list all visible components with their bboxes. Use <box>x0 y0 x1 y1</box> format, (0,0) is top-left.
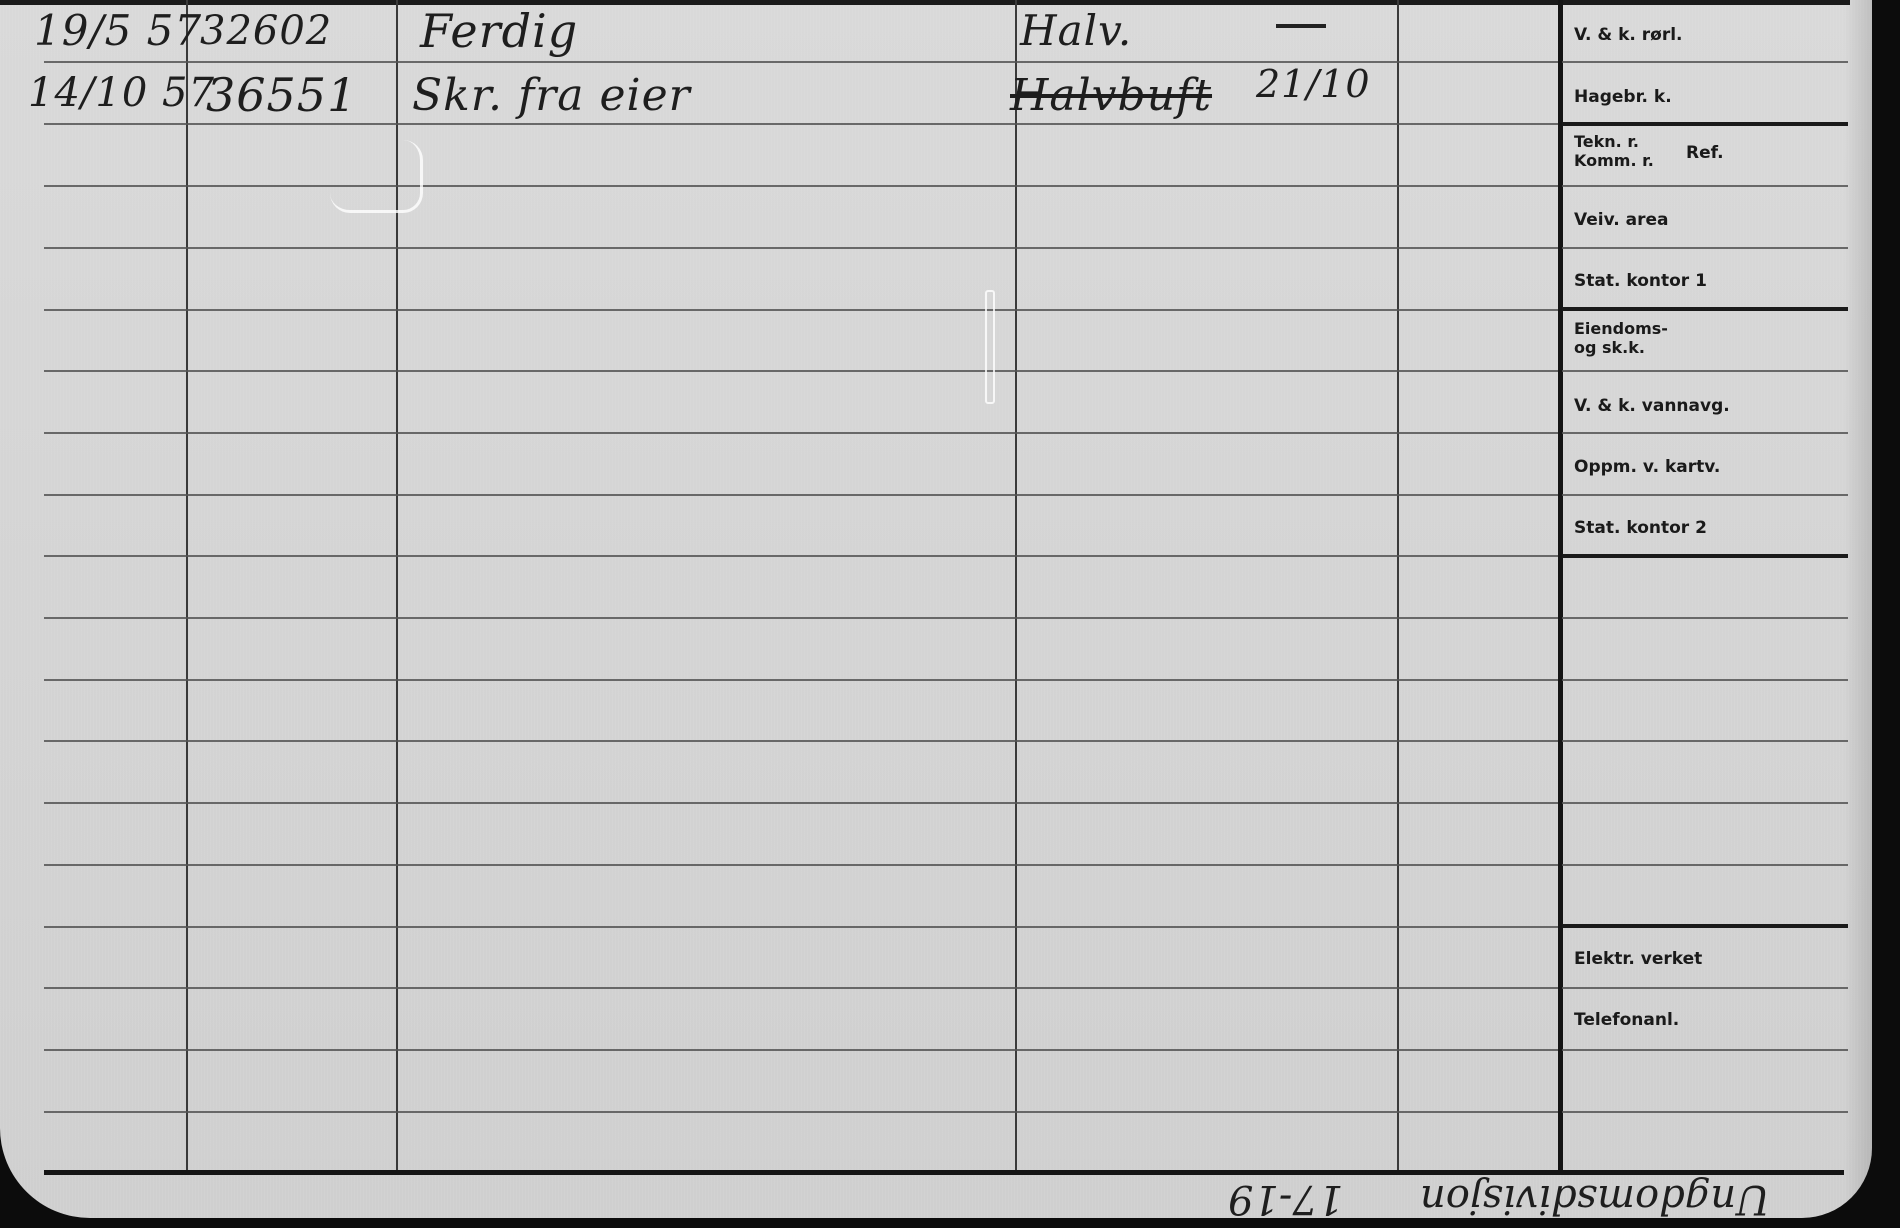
column-rule-4 <box>1397 0 1399 1172</box>
scan-artifact <box>330 140 423 213</box>
entry-status: Halvbuft <box>1010 70 1212 121</box>
label-eiendoms: Eiendoms- <box>1574 320 1668 337</box>
entry-date: 19/5 57 <box>34 6 202 55</box>
label-komm: Komm. r. <box>1574 152 1654 169</box>
label-oppm: Oppm. v. kartv. <box>1574 458 1720 476</box>
bottom-rule <box>44 1170 1844 1175</box>
label-elektr: Elektr. verket <box>1574 950 1702 968</box>
label-tekn: Tekn. r. <box>1574 133 1639 150</box>
entry-date: 14/10 57 <box>28 70 215 116</box>
label-vk-rorl: V. & k. rørl. <box>1574 26 1683 44</box>
footer-upside-down-code: 17-19 <box>1228 1176 1343 1218</box>
column-rule-3 <box>1015 0 1017 1172</box>
footer-upside-down-title: Ungdomsdivisjon <box>1420 1176 1770 1218</box>
label-hagebr: Hagebr. k. <box>1574 88 1672 106</box>
entry-description: Ferdig <box>420 4 578 58</box>
label-stat-kontor-1: Stat. kontor 1 <box>1574 272 1707 290</box>
label-telefon: Telefonanl. <box>1574 1011 1679 1029</box>
entry-number: 32602 <box>200 8 332 54</box>
right-panel-rule <box>1558 0 1563 1172</box>
label-stat-kontor-2: Stat. kontor 2 <box>1574 519 1707 537</box>
label-ref: Ref. <box>1686 143 1724 163</box>
scan-artifact <box>985 290 995 404</box>
entry-extra: 21/10 <box>1256 62 1371 106</box>
entry-status: Halv. <box>1020 6 1132 55</box>
entry-description: Skr. fra eier <box>412 70 691 121</box>
label-vk-vannavg: V. & k. vannavg. <box>1574 397 1730 415</box>
label-og-skk: og sk.k. <box>1574 339 1645 356</box>
column-rule-1 <box>186 0 188 1172</box>
entry-dash <box>1276 24 1326 28</box>
label-veiv: Veiv. area <box>1574 211 1669 229</box>
record-card: 19/5 57 32602 Ferdig Halv. 14/10 57 3655… <box>0 0 1872 1218</box>
entry-number: 36551 <box>206 68 357 122</box>
top-rule <box>0 0 1850 5</box>
